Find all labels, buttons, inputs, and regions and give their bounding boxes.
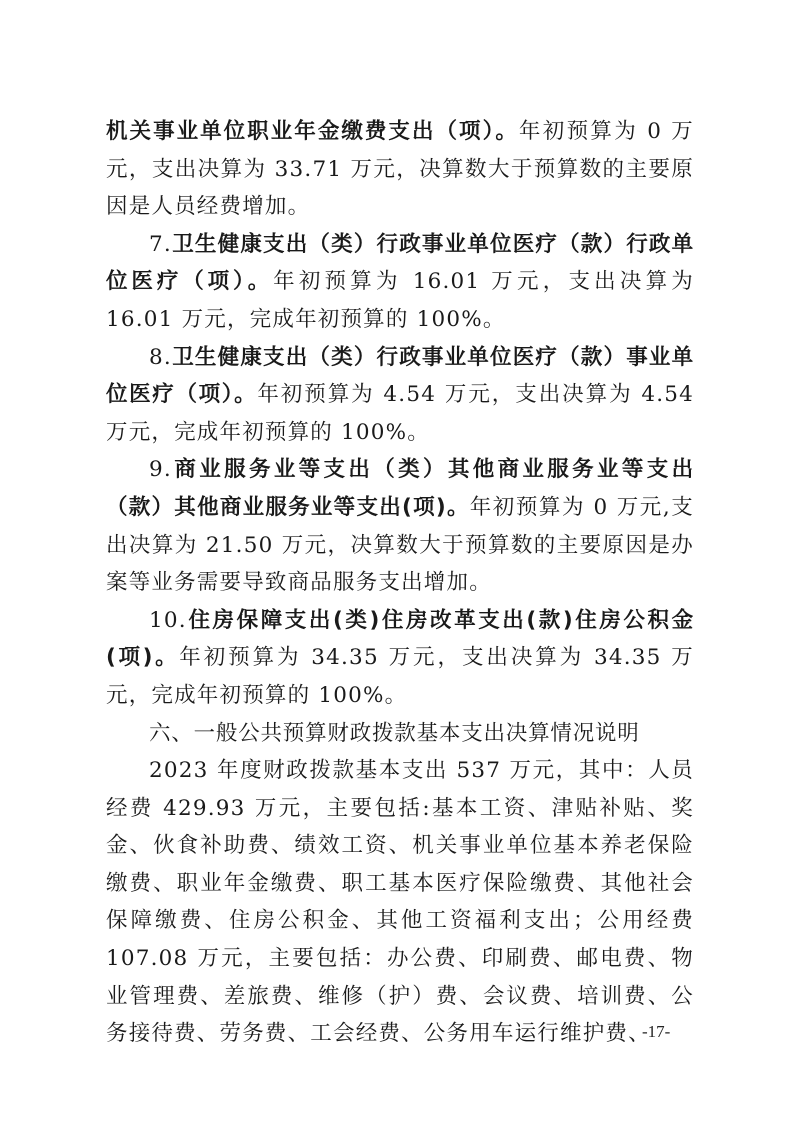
paragraph-item-8: 8.卫生健康支出（类）行政事业单位医疗（款）事业单位医疗（项）。年初预算为 4.… (106, 339, 694, 452)
paragraph-pension-annuity: 机关事业单位职业年金缴费支出（项）。年初预算为 0 万元，支出决算为 33.71… (106, 113, 694, 226)
item-number: 7. (149, 232, 172, 257)
summary-paragraph: 2023 年度财政拨款基本支出 537 万元，其中：人员经费 429.93 万元… (106, 752, 694, 1053)
item-title: 机关事业单位职业年金缴费支出（项）。 (106, 119, 519, 144)
item-number: 8. (149, 345, 172, 370)
page-number: -17- (642, 1022, 670, 1042)
item-body: 年初预算为 34.35 万元，支出决算为 34.35 万元，完成年初预算的 10… (106, 645, 694, 708)
paragraph-item-10: 10.住房保障支出(类)住房改革支出(款)住房公积金(项)。年初预算为 34.3… (106, 602, 694, 715)
section-heading: 六、一般公共预算财政拨款基本支出决算情况说明 (106, 715, 694, 753)
document-page: 机关事业单位职业年金缴费支出（项）。年初预算为 0 万元，支出决算为 33.71… (106, 113, 694, 1053)
paragraph-item-9: 9.商业服务业等支出（类）其他商业服务业等支出（款）其他商业服务业等支出(项)。… (106, 451, 694, 601)
item-number: 9. (149, 457, 172, 482)
paragraph-item-7: 7.卫生健康支出（类）行政事业单位医疗（款）行政单位医疗（项）。年初预算为 16… (106, 226, 694, 339)
item-number: 10. (149, 608, 187, 633)
